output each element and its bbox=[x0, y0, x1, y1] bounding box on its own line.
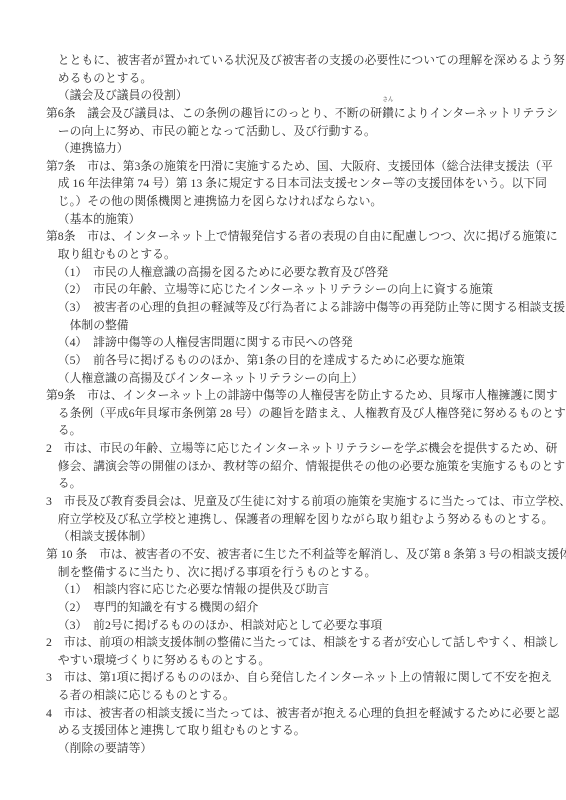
document-line: 2 市は、市民の年齢、立場等に応じたインターネットリテラシーを学ぶ機会を提供する… bbox=[46, 440, 524, 458]
document-line: 第 10 条 市は、被害者の不安、被害者に生じた不利益等を解消し、及び第 8 条… bbox=[46, 546, 524, 564]
document-line: る。 bbox=[46, 422, 524, 440]
document-line: める支援団体と連携して取り組むものとする。 bbox=[46, 722, 524, 740]
document-line: 3 市は、第1項に掲げるもののほか、自ら発信したインターネット上の情報に関して不… bbox=[46, 669, 524, 687]
document-line: 第7条 市は、第3条の施策を円滑に実施するため、国、大阪府、支援団体（総合法律支… bbox=[46, 158, 524, 176]
document-line: じ。）その他の関係機関と連携協力を図らなければならない。 bbox=[46, 193, 524, 211]
document-line: 2 市は、前項の相談支援体制の整備に当たっては、相談をする者が安心して話しやすく… bbox=[46, 634, 524, 652]
document-line: ーの向上に努め、市民の範となって活動し、及び行動する。 bbox=[46, 123, 524, 141]
document-line: （議会及び議員の役割） bbox=[46, 87, 524, 105]
document-line: （基本的施策） bbox=[46, 211, 524, 229]
document-line: 体制の整備 bbox=[46, 317, 524, 335]
document-line: （3） 被害者の心理的負担の軽減等及び行為者による誹謗中傷等の再発防止等に関する… bbox=[46, 299, 524, 317]
document-line: 第6条 議会及び議員は、この条例の趣旨にのっとり、不断の研鑽さんによりインターネ… bbox=[46, 105, 524, 123]
document-line: る条例（平成6年貝塚市条例第 28 号）の趣旨を踏まえ、人権教育及び人権啓発に努… bbox=[46, 405, 524, 423]
document-line: 成 16 年法律第 74 号）第 13 条に規定する日本司法支援センター等の支援… bbox=[46, 175, 524, 193]
document-line: る。 bbox=[46, 475, 524, 493]
document-line: （1） 相談内容に応じた必要な情報の提供及び助言 bbox=[46, 581, 524, 599]
document-line: 第8条 市は、インターネット上で情報発信する者の表現の自由に配慮しつつ、次に掲げ… bbox=[46, 228, 524, 246]
document-line: （人権意識の高揚及びインターネットリテラシーの向上） bbox=[46, 370, 524, 388]
document-line: やすい環境づくりに努めるものとする。 bbox=[46, 652, 524, 670]
document-line: （1） 市民の人権意識の高揚を図るために必要な教育及び啓発 bbox=[46, 264, 524, 282]
document-line: 3 市長及び教育委員会は、児童及び生徒に対する前項の施策を実施するに当たっては、… bbox=[46, 493, 524, 511]
document-line: る者の相談に応じるものとする。 bbox=[46, 687, 524, 705]
document-text-block: とともに、被害者が置かれている状況及び被害者の支援の必要性についての理解を深める… bbox=[46, 52, 524, 758]
document-line: （2） 市民の年齢、立場等に応じたインターネットリテラシーの向上に資する施策 bbox=[46, 281, 524, 299]
document-page: とともに、被害者が置かれている状況及び被害者の支援の必要性についての理解を深める… bbox=[0, 0, 566, 800]
document-line: （5） 前各号に掲げるもののほか、第1条の目的を達成するために必要な施策 bbox=[46, 352, 524, 370]
ruby-annotated-character: 鑽さん bbox=[382, 105, 394, 123]
document-line: 4 市は、被害者の相談支援に当たっては、被害者が抱える心理的負担を軽減するために… bbox=[46, 705, 524, 723]
document-line: （削除の要請等） bbox=[46, 740, 524, 758]
document-line: 取り組むものとする。 bbox=[46, 246, 524, 264]
document-line: （相談支援体制） bbox=[46, 528, 524, 546]
document-line: （4） 誹謗中傷等の人権侵害問題に関する市民への啓発 bbox=[46, 334, 524, 352]
document-line: （3） 前2号に掲げるもののほか、相談対応として必要な事項 bbox=[46, 617, 524, 635]
document-line: めるものとする。 bbox=[46, 70, 524, 88]
document-line: 第9条 市は、インターネット上の誹謗中傷等の人権侵害を防止するため、貝塚市人権擁… bbox=[46, 387, 524, 405]
document-line: とともに、被害者が置かれている状況及び被害者の支援の必要性についての理解を深める… bbox=[46, 52, 524, 70]
document-line: （連携協力） bbox=[46, 140, 524, 158]
document-line: （2） 専門的知識を有する機関の紹介 bbox=[46, 599, 524, 617]
document-line: 修会、講演会等の開催のほか、教材等の紹介、情報提供その他の必要な施策を実施するも… bbox=[46, 458, 524, 476]
document-line: 制を整備するに当たり、次に掲げる事項を行うものとする。 bbox=[46, 564, 524, 582]
furigana-text: さん bbox=[383, 98, 394, 104]
document-line: 府立学校及び私立学校と連携し、保護者の理解を図りながら取り組むよう努めるものとす… bbox=[46, 511, 524, 529]
